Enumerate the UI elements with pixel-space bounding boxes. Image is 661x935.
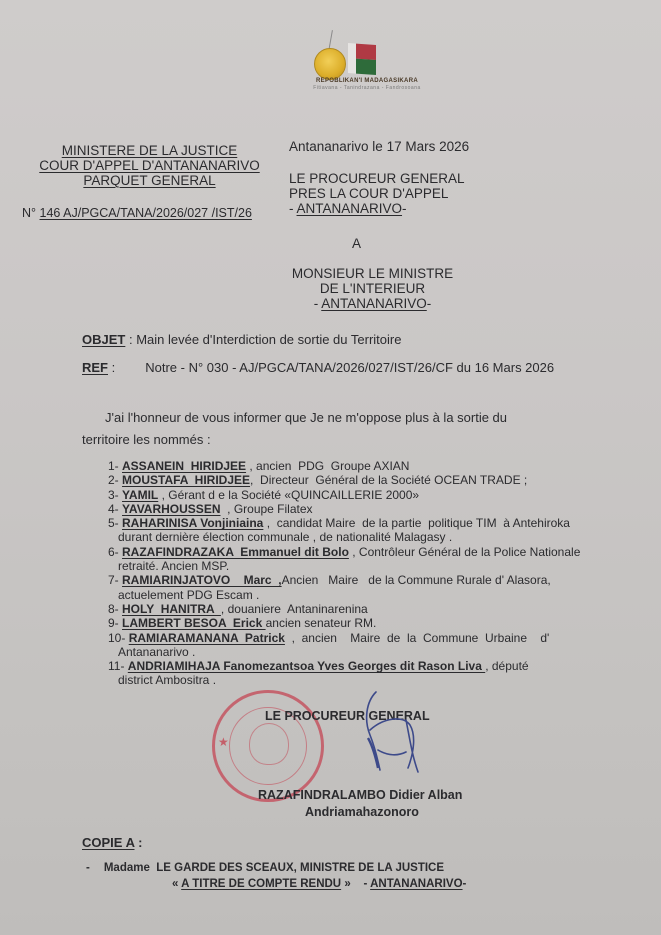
copy-recipient: -Madame LE GARDE DES SCEAUX, MINISTRE DE… [86,862,444,874]
person-description: ancien senateur RM. [266,616,377,630]
reference-label: REF [82,360,108,375]
intro-line-1: J'ai l'honneur de vous informer que Je n… [105,410,507,425]
person-name: HOLY HANITRA [122,602,221,616]
person-description: , Directeur Général de la Société OCEAN … [250,473,527,487]
list-item: 6- RAZAFINDRAZAKA Emmanuel dit Bolo , Co… [108,545,613,574]
person-description-continued: Antananarivo . [108,645,613,659]
person-number: 3- [108,488,119,502]
person-name: MOUSTAFA HIRIDJEE [122,473,250,487]
person-number: 10- [108,631,125,645]
person-name: RAZAFINDRAZAKA Emmanuel dit Bolo [122,545,349,559]
to-label: A [352,236,361,251]
person-description: , député [485,659,528,673]
intro-line-2: territoire les nommés : [82,432,211,447]
list-item: 1- ASSANEIN HIRIDJEE , ancien PDG Groupe… [108,459,613,473]
person-description: , ancien Maire de la Commune Urbaine d' [285,631,549,645]
person-description: , candidat Maire de la partie politique … [263,516,570,530]
person-description-continued: durant dernière élection communale , de … [108,530,613,544]
person-description: , douaniere Antaninarenina [221,602,368,616]
person-description-continued: district Ambositra . [108,673,613,687]
copy-note: « A TITRE DE COMPTE RENDU » - ANTANANARI… [172,878,466,890]
reference-number: N° 146 AJ/PGCA/TANA/2026/027 /IST/26 [22,206,252,220]
madagascar-flag-icon [348,43,376,75]
signatory-name: RAZAFINDRALAMBO Didier Alban [258,788,462,802]
list-item: 5- RAHARINISA Vonjiniaina , candidat Mai… [108,516,613,545]
from-block: LE PROCUREUR GENERAL PRES LA COUR D'APPE… [289,171,465,216]
person-name: RAHARINISA Vonjiniaina [122,516,263,530]
person-number: 2- [108,473,119,487]
person-description: , ancien PDG Groupe AXIAN [246,459,409,473]
person-description-continued: actuelement PDG Escam . [108,588,613,602]
person-name: YAVARHOUSSEN [122,502,220,516]
person-number: 4- [108,502,119,516]
list-item: 10- RAMIARAMANANA Patrick , ancien Maire… [108,631,613,660]
person-name: LAMBERT BESOA Erick [122,616,266,630]
signatory-name-2: Andriamahazonoro [305,805,419,819]
list-item: 3- YAMIL , Gérant d e la Société «QUINCA… [108,488,613,502]
person-description: , Contrôleur Général de la Police Nation… [349,545,580,559]
person-number: 8- [108,602,119,616]
date-line: Antananarivo le 17 Mars 2026 [289,139,469,154]
handwritten-signature-icon [348,690,423,780]
person-name: YAMIL [122,488,158,502]
list-item: 2- MOUSTAFA HIRIDJEE, Directeur Général … [108,473,613,487]
reference-line: REF :Notre - N° 030 - AJ/PGCA/TANA/2026/… [82,360,554,375]
letterhead-logo: REPOBLIKAN'I MADAGASIKARA Fitiavana - Ta… [312,28,422,94]
person-number: 6- [108,545,119,559]
persons-list: 1- ASSANEIN HIRIDJEE , ancien PDG Groupe… [108,459,613,688]
subject-text: Main levée d'Interdiction de sortie du T… [136,332,401,347]
person-description: Ancien Maire de la Commune Rurale d' Ala… [282,573,551,587]
person-number: 7- [108,573,119,587]
court-line: COUR D'APPEL D'ANTANANARIVO [39,158,259,173]
list-item: 9- LAMBERT BESOA Erick ancien senateur R… [108,616,613,630]
list-item: 11- ANDRIAMIHAJA Fanomezantsoa Yves Geor… [108,659,613,688]
list-item: 4- YAVARHOUSSEN , Groupe Filatex [108,502,613,516]
person-number: 11- [108,659,124,673]
person-number: 9- [108,616,119,630]
person-name: ASSANEIN HIRIDJEE [122,459,246,473]
recipient-block: MONSIEUR LE MINISTRE DE L'INTERIEUR - AN… [290,266,455,311]
person-number: 5- [108,516,119,530]
parquet-line: PARQUET GENERAL [83,173,215,188]
list-item: 8- HOLY HANITRA , douaniere Antaninareni… [108,602,613,616]
person-name: RAMIARAMANANA Patrick [129,631,285,645]
letterhead-country: REPOBLIKAN'I MADAGASIKARA [282,78,452,84]
person-name: ANDRIAMIHAJA Fanomezantsoa Yves Georges … [128,659,485,673]
person-name: RAMIARINJATOVO Marc , [122,573,282,587]
person-description-continued: retraité. Ancien MSP. [108,559,613,573]
subject-line: OBJET : Main levée d'Interdiction de sor… [82,332,401,347]
ministry-line: MINISTERE DE LA JUSTICE [62,143,238,158]
sender-block: MINISTERE DE LA JUSTICE COUR D'APPEL D'A… [22,143,277,188]
subject-label: OBJET [82,332,125,347]
person-description: , Gérant d e la Société «QUINCAILLERIE 2… [158,488,419,502]
copy-to-heading: COPIE A : [82,835,142,850]
letterhead-motto: Fitiavana - Tanindrazana - Fandrosoana [282,85,452,91]
reference-text: Notre - N° 030 - AJ/PGCA/TANA/2026/027/I… [145,360,554,375]
person-number: 1- [108,459,119,473]
official-red-stamp-icon: ★ [212,690,324,802]
list-item: 7- RAMIARINJATOVO Marc ,Ancien Maire de … [108,573,613,602]
person-description: , Groupe Filatex [220,502,312,516]
madagascar-seal-icon [314,48,346,80]
